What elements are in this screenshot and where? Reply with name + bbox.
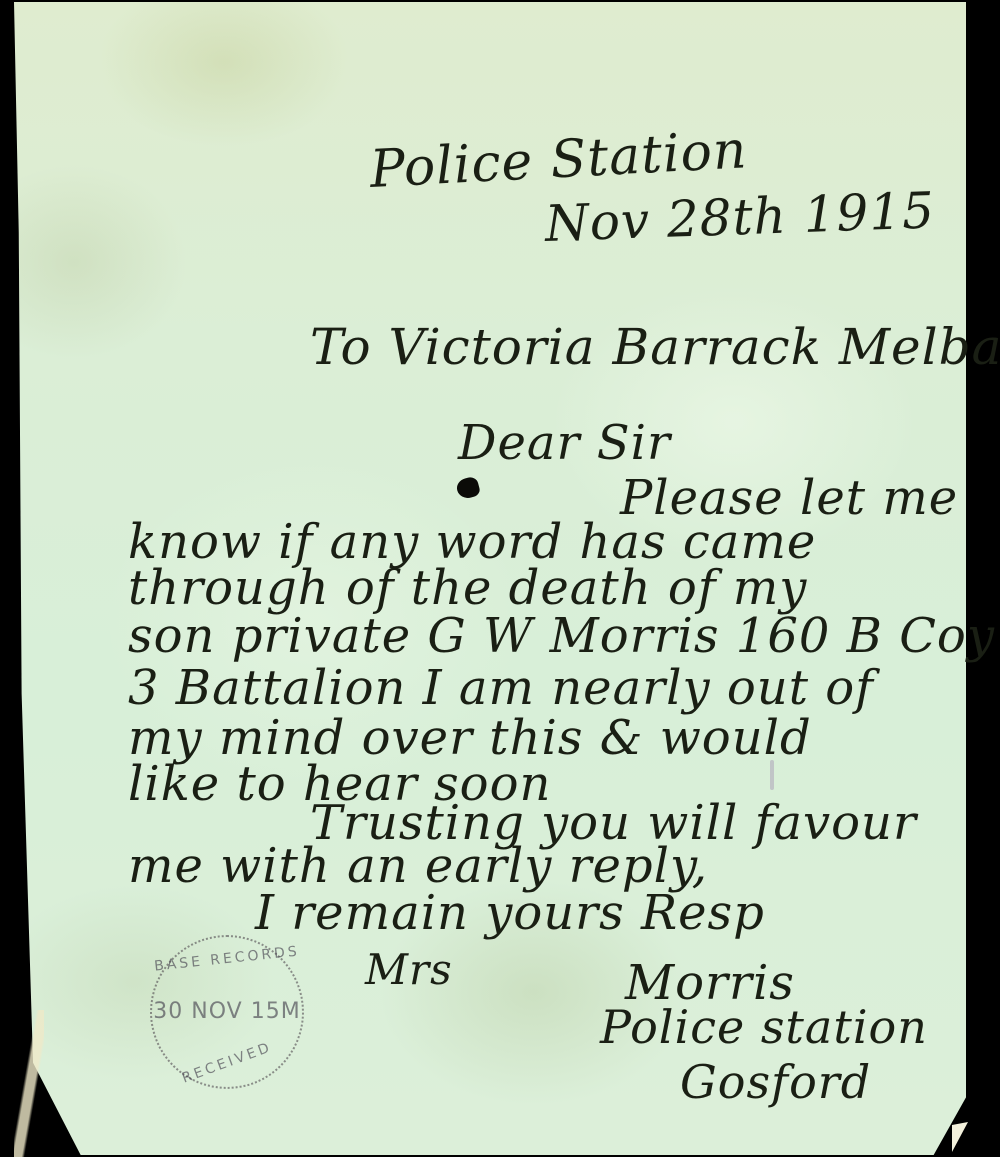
signature-line3: Gosford xyxy=(680,1055,871,1109)
stamp-date: 30 NOV 15M xyxy=(152,999,302,1024)
folded-corner xyxy=(952,1122,968,1152)
body-line: 3 Battalion I am nearly out of xyxy=(128,660,874,716)
received-stamp: BASE RECORDS 30 NOV 15M RECEIVED xyxy=(150,935,304,1089)
paper-edge-strip xyxy=(14,1010,44,1157)
closing-line: I remain yours Resp xyxy=(255,885,765,941)
addressee: To Victoria Barrack Melba xyxy=(310,318,1000,376)
body-line: son private G W Morris 160 B Coy xyxy=(128,608,995,664)
salutation: Dear Sir xyxy=(458,415,671,471)
signature-line2: Police station xyxy=(600,1000,928,1054)
signature-title: Mrs xyxy=(365,945,453,994)
faint-ink-mark xyxy=(770,760,774,790)
